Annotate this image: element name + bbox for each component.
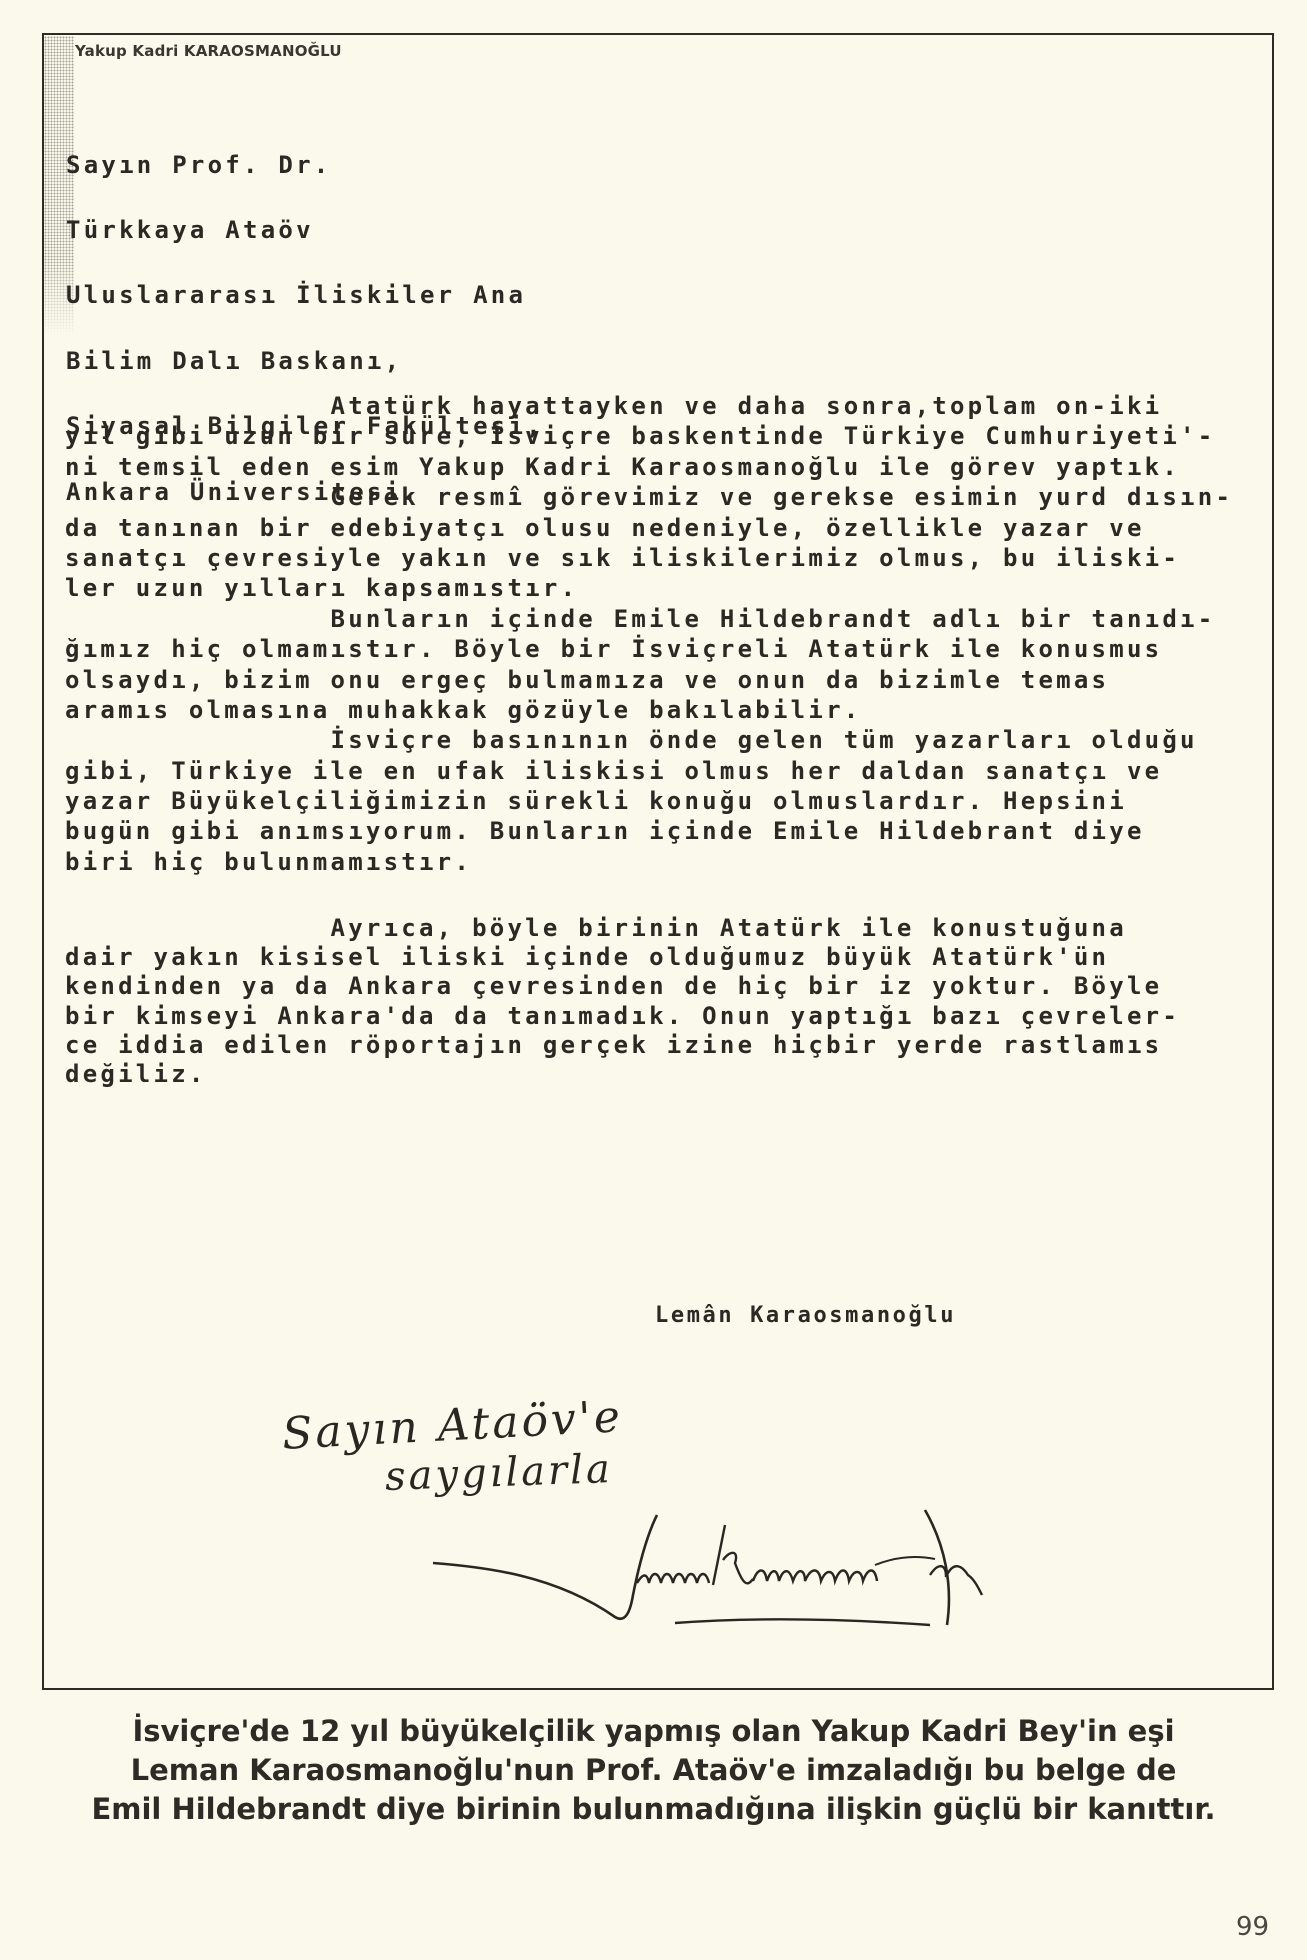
letterhead: Yakup Kadri KARAOSMANOĞLU: [75, 42, 342, 60]
caption-line: İsviçre'de 12 yıl büyükelçilik yapmış ol…: [0, 1712, 1307, 1751]
page-number: 99: [1236, 1912, 1269, 1942]
letter-line: olsaydı, bizim onu ergeç bulmamıza ve on…: [65, 665, 1233, 695]
letter-body-part2: Ayrıca, böyle birinin Atatürk ile konust…: [65, 914, 1180, 1089]
address-line: Uluslararası İliskiler Ana: [66, 285, 544, 307]
letter-line: ni temsil eden esim Yakup Kadri Karaosma…: [65, 452, 1233, 482]
letter-line: yıl gibi uzun bir süre, İsviçre baskenti…: [65, 421, 1233, 451]
letter-line: değiliz.: [65, 1060, 1180, 1089]
handwritten-closing: saygılarla: [384, 1446, 613, 1500]
letter-line: ce iddia edilen röportajın gerçek izine …: [65, 1031, 1180, 1060]
letter-line: gibi, Türkiye ile en ufak iliskisi olmus…: [65, 756, 1233, 786]
typed-signature: Lemân Karaosmanoğlu: [655, 1303, 956, 1328]
letter-line: Gerek resmî görevimiz ve gerekse esimin …: [65, 482, 1233, 512]
letter-line: Ayrıca, böyle birinin Atatürk ile konust…: [65, 914, 1180, 943]
letter-line: kendinden ya da Ankara çevresinden de hi…: [65, 972, 1180, 1001]
letter-line: biri hiç bulunmamıstır.: [65, 847, 1233, 877]
handwritten-signature: Leman Karaosmanoğlu: [425, 1505, 1125, 1635]
letter-line: da tanınan bir edebiyatçı olusu nedeniyl…: [65, 513, 1233, 543]
letter-line: bir kimseyi Ankara'da da tanımadık. Onun…: [65, 1002, 1180, 1031]
letter-line: Bunların içinde Emile Hildebrandt adlı b…: [65, 604, 1233, 634]
caption-line: Leman Karaosmanoğlu'nun Prof. Ataöv'e im…: [0, 1751, 1307, 1790]
letter-line: Atatürk hayattayken ve daha sonra,toplam…: [65, 391, 1233, 421]
letter-line: İsviçre basınının önde gelen tüm yazarla…: [65, 725, 1233, 755]
letter-line: yazar Büyükelçiliğimizin sürekli konuğu …: [65, 786, 1233, 816]
letter-line: bugün gibi anımsıyorum. Bunların içinde …: [65, 816, 1233, 846]
address-line: Sayın Prof. Dr.: [66, 155, 544, 177]
letter-body-part1: Atatürk hayattayken ve daha sonra,toplam…: [65, 391, 1233, 877]
caption-line: Emil Hildebrandt diye birinin bulunmadığ…: [0, 1790, 1307, 1829]
letter-line: dair yakın kisisel iliski içinde olduğum…: [65, 943, 1180, 972]
letter-line: ğımız hiç olmamıstır. Böyle bir İsviçrel…: [65, 634, 1233, 664]
letter-line: aramıs olmasına muhakkak gözüyle bakılab…: [65, 695, 1233, 725]
figure-caption: İsviçre'de 12 yıl büyükelçilik yapmış ol…: [0, 1712, 1307, 1829]
letter-line: sanatçı çevresiyle yakın ve sık iliskile…: [65, 543, 1233, 573]
address-line: Bilim Dalı Baskanı,: [66, 351, 544, 373]
letter-line: ler uzun yılları kapsamıstır.: [65, 573, 1233, 603]
address-line: Türkkaya Ataöv: [66, 220, 544, 242]
